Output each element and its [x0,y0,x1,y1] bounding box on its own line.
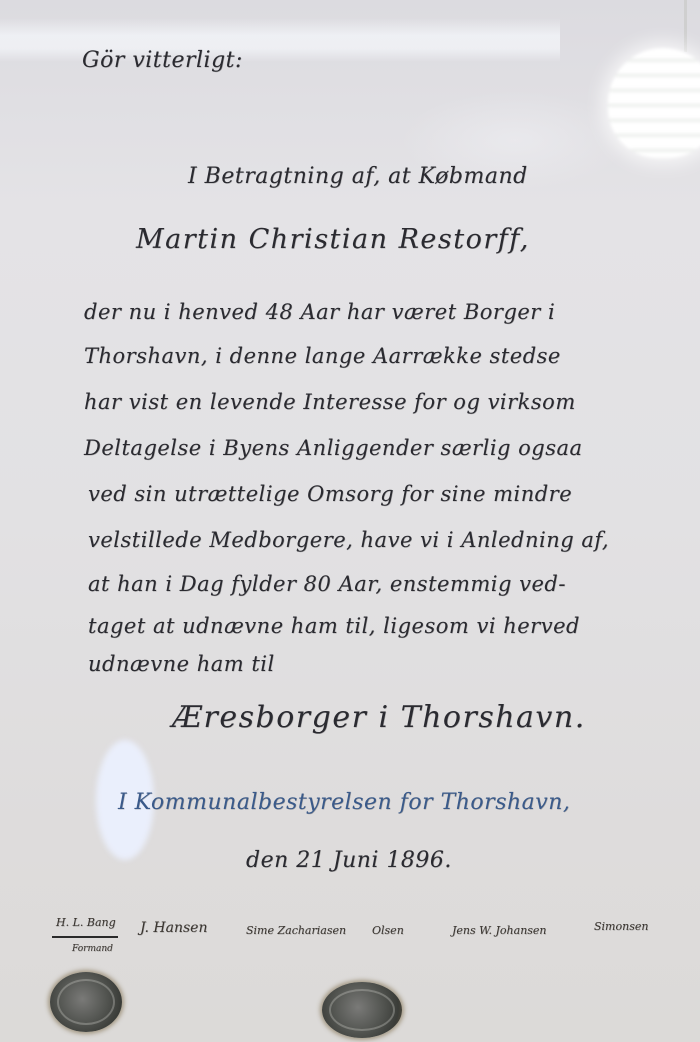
body-line-4: Deltagelse i Byens Anliggender særlig og… [84,436,583,460]
body-line-6: velstillede Medborgere, have vi i Anledn… [88,528,609,552]
body-line-8: taget at udnævne ham til, ligesom vi her… [88,614,580,638]
wax-seal-center-icon [322,982,402,1038]
opening-line: Gör vitterligt: [82,48,243,73]
conferred-title: Æresborger i Thorshavn. [172,700,586,735]
signature-4: Olsen [372,924,404,937]
honoree-name: Martin Christian Restorff, [136,224,530,255]
wax-seal-left-icon [50,972,122,1032]
issuer-text: I Kommunalbestyrelsen for Thorshavn, [118,790,570,815]
issuer-line: I Kommunalbestyrelsen for Thorshavn, [118,790,570,815]
body-line-9: udnævne ham til [88,652,275,676]
body-line-3: har vist en levende Interesse for og vir… [84,390,576,414]
preamble-line: I Betragtning af, at Købmand [188,164,528,189]
certificate-document: Gör vitterligt: I Betragtning af, at Køb… [0,0,700,1042]
body-line-7: at han i Dag fylder 80 Aar, enstemmig ve… [88,572,566,596]
signature-6: Simonsen [594,920,648,933]
signature-2: J. Hansen [140,920,207,936]
body-line-5: ved sin utrættelige Omsorg for sine mind… [88,482,572,506]
body-line-1: der nu i henved 48 Aar har været Borger … [84,300,555,324]
signature-underline [52,936,118,938]
body-line-2: Thorshavn, i denne lange Aarrække stedse [84,344,561,368]
signature-5: Jens W. Johansen [452,924,547,937]
signature-1: H. L. Bang [56,916,116,929]
date-line: den 21 Juni 1896. [246,848,452,873]
signature-3: Sime Zachariasen [246,924,346,937]
signature-1-role: Formand [72,944,113,954]
